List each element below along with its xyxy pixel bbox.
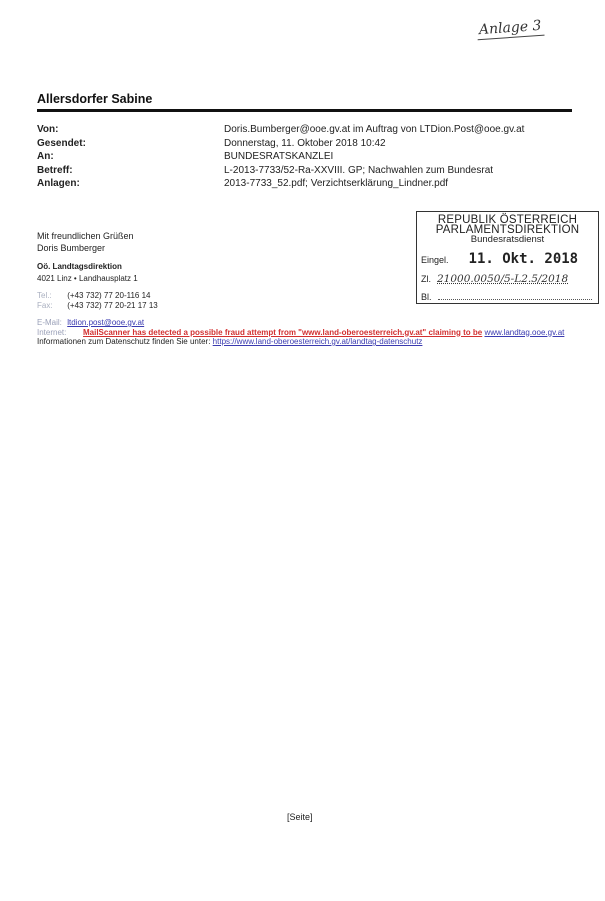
fax-label: Fax: [37, 301, 65, 311]
to-label: An: [37, 150, 224, 164]
header-row-to: An: BUNDESRATSKANZLEI [37, 150, 524, 164]
subject-value: L-2013-7733/52-Ra-XXVIII. GP; Nachwahlen… [224, 164, 493, 178]
header-row-sent: Gesendet: Donnerstag, 11. Oktober 2018 1… [37, 137, 524, 151]
page-footer: [Seite] [287, 812, 313, 822]
from-value: Doris.Bumberger@ooe.gv.at im Auftrag von… [224, 123, 524, 137]
organization: Oö. Landtagsdirektion [37, 261, 564, 273]
internet-link[interactable]: www.landtag.ooe.gv.at [484, 328, 564, 337]
tel-label: Tel.: [37, 291, 65, 301]
attachments-value: 2013-7733_52.pdf; Verzichtserklärung_Lin… [224, 177, 448, 191]
greeting: Mit freundlichen Grüßen [37, 231, 564, 243]
from-label: Von: [37, 123, 224, 137]
header-divider [37, 109, 572, 112]
header-row-attachments: Anlagen: 2013-7733_52.pdf; Verzichtserkl… [37, 177, 524, 191]
signature-block: Mit freundlichen Grüßen Doris Bumberger … [37, 231, 564, 347]
signer-name: Doris Bumberger [37, 243, 564, 255]
contact-phones: Tel.: (+43 732) 77 20-116 14 Fax: (+43 7… [37, 291, 564, 310]
sent-value: Donnerstag, 11. Oktober 2018 10:42 [224, 137, 386, 151]
email-label: E-Mail: [37, 318, 65, 328]
address: 4021 Linz • Landhausplatz 1 [37, 273, 564, 285]
attachments-label: Anlagen: [37, 177, 224, 191]
email-header: Von: Doris.Bumberger@ooe.gv.at im Auftra… [37, 123, 524, 191]
header-row-from: Von: Doris.Bumberger@ooe.gv.at im Auftra… [37, 123, 524, 137]
fraud-warning: MailScanner has detected a possible frau… [83, 328, 482, 337]
privacy-link[interactable]: https://www.land-oberoesterreich.gv.at/l… [213, 337, 423, 346]
subject-label: Betreff: [37, 164, 224, 178]
fax-value: (+43 732) 77 20-21 17 13 [67, 301, 158, 310]
email-link[interactable]: ltdion.post@ooe.gv.at [67, 318, 144, 327]
handwritten-annotation: Anlage 3 [476, 18, 544, 41]
sent-label: Gesendet: [37, 137, 224, 151]
sender-name: Allersdorfer Sabine [37, 92, 152, 106]
header-row-subject: Betreff: L-2013-7733/52-Ra-XXVIII. GP; N… [37, 164, 524, 178]
to-value: BUNDESRATSKANZLEI [224, 150, 333, 164]
internet-label: Internet: [37, 328, 65, 338]
privacy-text: Informationen zum Datenschutz finden Sie… [37, 337, 210, 346]
tel-value: (+43 732) 77 20-116 14 [67, 291, 150, 300]
contact-links: E-Mail: ltdion.post@ooe.gv.at Internet:M… [37, 318, 564, 347]
